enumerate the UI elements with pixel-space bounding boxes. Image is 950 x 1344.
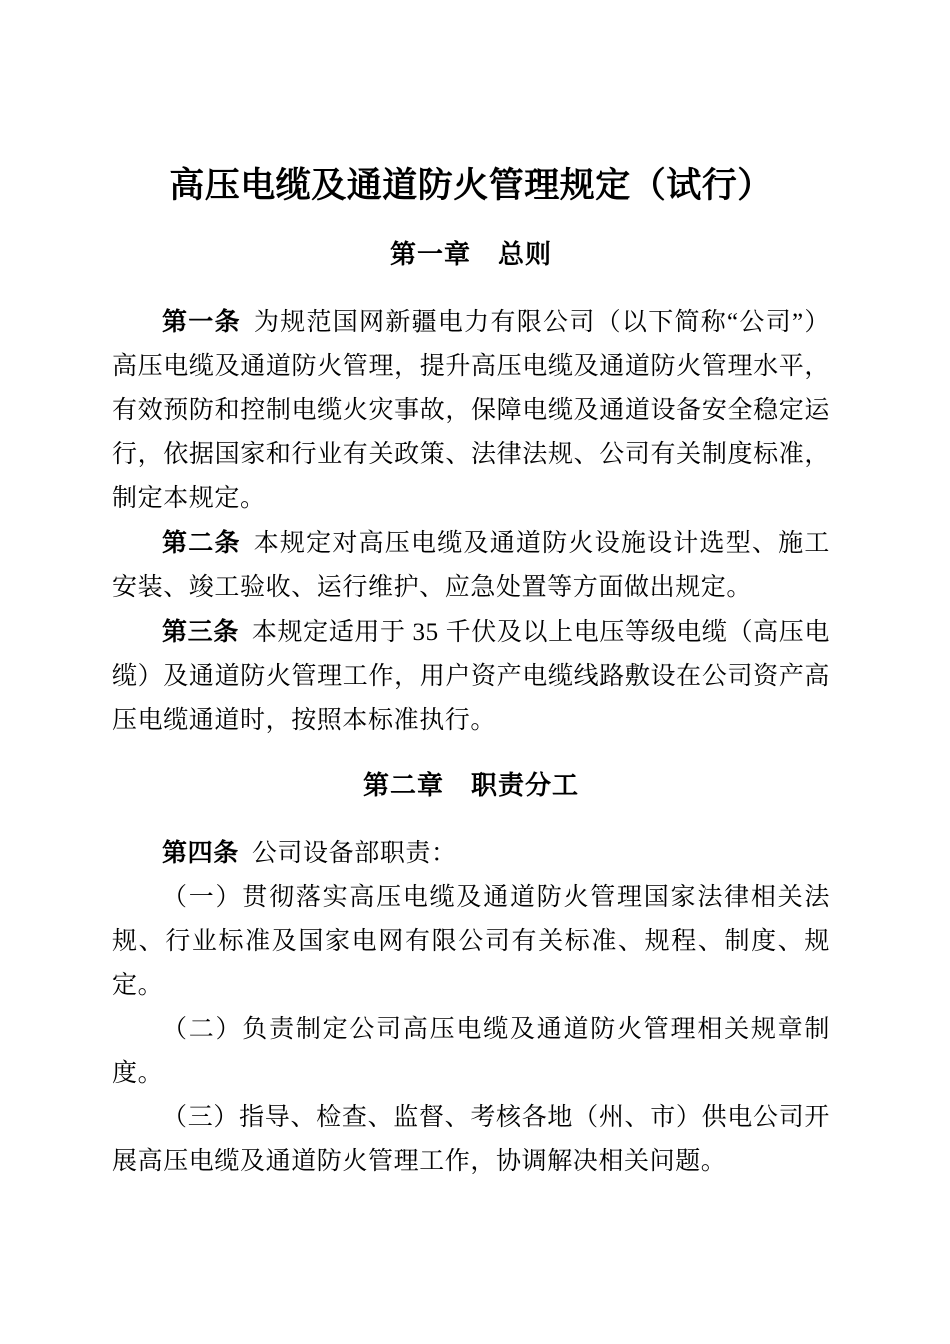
paragraph: 第二条本规定对高压电缆及通道防火设施设计选型、施工安装、竣工验收、运行维护、应急… (112, 521, 830, 610)
document-title: 高压电缆及通道防火管理规定（试行） (112, 160, 830, 212)
article-lead: 第三条 (162, 618, 239, 646)
paragraph: （一）贯彻落实高压电缆及通道防火管理国家法律相关法规、行业标准及国家电网有限公司… (112, 876, 830, 1008)
section-paragraphs: 第四条公司设备部职责： （一）贯彻落实高压电缆及通道防火管理国家法律相关法规、行… (112, 831, 830, 1184)
paragraph-text: 公司设备部职责： (252, 840, 457, 867)
paragraph: 第四条公司设备部职责： (112, 831, 830, 876)
chapter-section: 第二章 职责分工 第四条公司设备部职责： （一）贯彻落实高压电缆及通道防火管理国… (112, 769, 830, 1184)
paragraph-text: （三）指导、检查、监督、考核各地（州、市）供电公司开展高压电缆及通道防火管理工作… (112, 1104, 830, 1175)
paragraph: （三）指导、检查、监督、考核各地（州、市）供电公司开展高压电缆及通道防火管理工作… (112, 1096, 830, 1184)
article-lead: 第一条 (162, 308, 241, 336)
paragraph-text: 为规范国网新疆电力有限公司（以下简称“公司”）高压电缆及通道防火管理，提升高压电… (112, 309, 830, 512)
article-lead: 第二条 (162, 529, 241, 557)
paragraph: （二）负责制定公司高压电缆及通道防火管理相关规章制度。 (112, 1008, 830, 1096)
paragraph-text: （一）贯彻落实高压电缆及通道防火管理国家法律相关法规、行业标准及国家电网有限公司… (112, 884, 830, 999)
chapter-heading: 第一章 总则 (112, 238, 830, 270)
paragraph-text: （二）负责制定公司高压电缆及通道防火管理相关规章制度。 (112, 1016, 830, 1087)
document-page: 高压电缆及通道防火管理规定（试行） 第一章 总则 第一条为规范国网新疆电力有限公… (0, 0, 950, 1344)
paragraph: 第三条本规定适用于 35 千伏及以上电压等级电缆（高压电缆）及通道防火管理工作，… (112, 610, 830, 743)
paragraph: 第一条为规范国网新疆电力有限公司（以下简称“公司”）高压电缆及通道防火管理，提升… (112, 300, 830, 521)
chapter-heading: 第二章 职责分工 (112, 769, 830, 801)
document-body: 第一章 总则 第一条为规范国网新疆电力有限公司（以下简称“公司”）高压电缆及通道… (112, 238, 830, 1184)
article-lead: 第四条 (162, 839, 239, 867)
chapter-section: 第一章 总则 第一条为规范国网新疆电力有限公司（以下简称“公司”）高压电缆及通道… (112, 238, 830, 743)
section-paragraphs: 第一条为规范国网新疆电力有限公司（以下简称“公司”）高压电缆及通道防火管理，提升… (112, 300, 830, 743)
